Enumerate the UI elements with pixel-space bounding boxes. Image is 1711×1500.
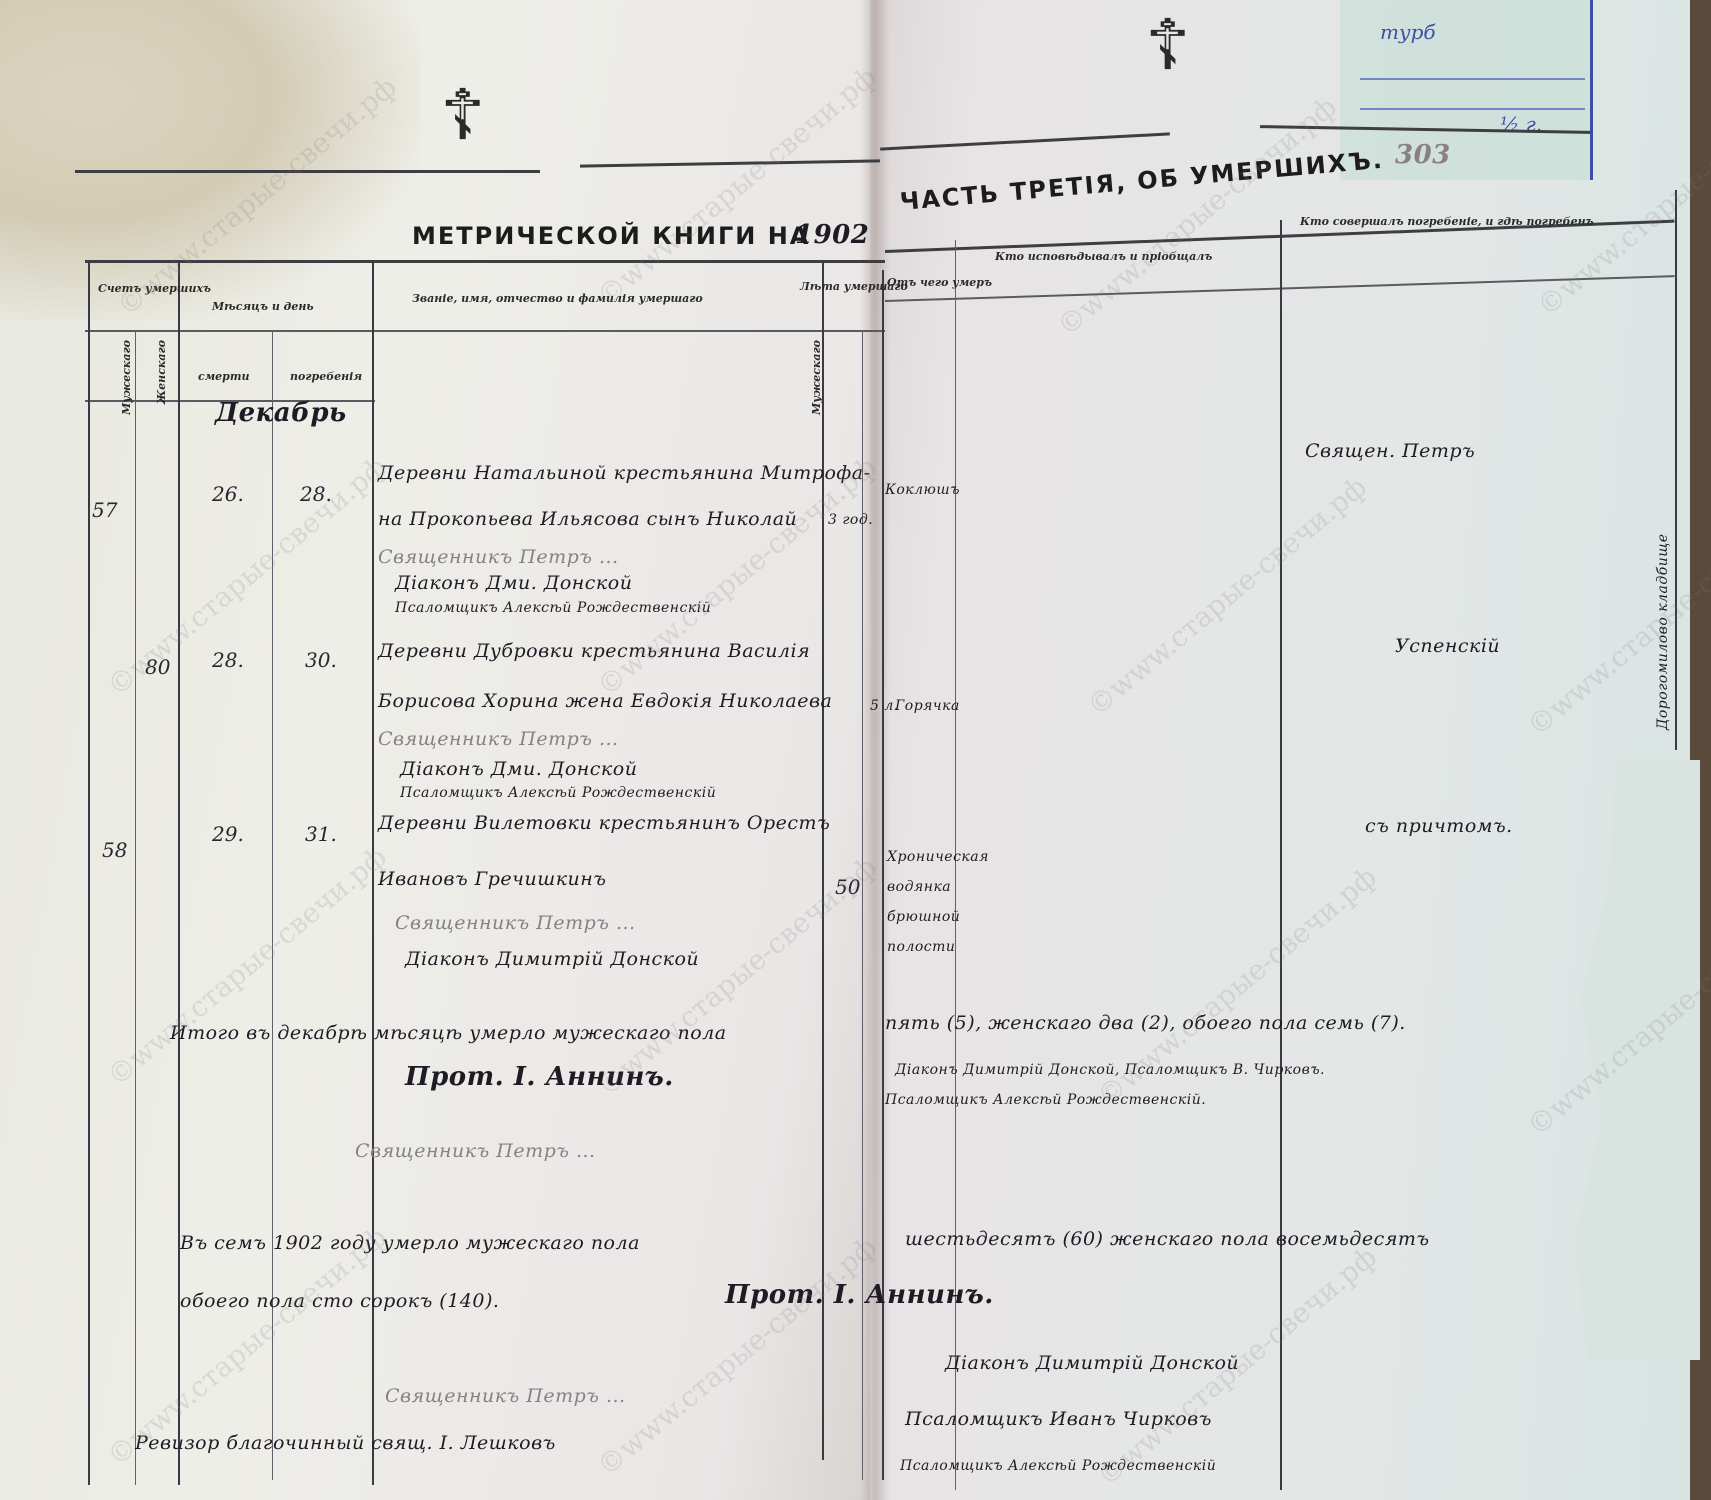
faded-priest-signature: Священникъ Петръ ... xyxy=(355,1140,596,1162)
col-header-buried: погребенія xyxy=(290,370,362,383)
col-header-died: смерти xyxy=(198,370,249,383)
deacon-line: Діаконъ Дми. Донской xyxy=(395,572,632,594)
cause-value: Коклюшъ xyxy=(885,482,960,498)
death-day: 28. xyxy=(212,648,244,672)
confessor-line: Священникъ Петръ ... xyxy=(378,728,619,750)
eagle-emblem-icon: ☦ xyxy=(440,80,485,150)
audit-note: Ревизор благочинный свящ. І. Лешковъ xyxy=(135,1432,556,1454)
column-rule xyxy=(1280,220,1282,1490)
deacon-signature: Діаконъ Димитрій Донской xyxy=(945,1352,1239,1374)
confessor-line: Священникъ Петръ ... xyxy=(395,912,636,934)
male-number: 57 xyxy=(92,498,117,522)
record-name-line: Деревни Дубровки крестьянина Василія xyxy=(378,640,810,662)
year-total-text: шестьдесятъ (60) женскаго пола восемьдес… xyxy=(905,1228,1430,1250)
page-number: 303 xyxy=(1395,140,1451,170)
col-header-female: Женскаго xyxy=(155,340,168,404)
confessor-line: Священникъ Петръ ... xyxy=(378,546,619,568)
stamp-rule xyxy=(1360,78,1585,80)
torn-paper-corner xyxy=(0,0,420,320)
deacon-line: Діаконъ Дми. Донской xyxy=(400,758,637,780)
male-number: 58 xyxy=(102,838,127,862)
burial-day: 30. xyxy=(305,648,337,672)
handwritten-year: 1902 xyxy=(795,220,869,250)
clergy-signatures: Псаломщикъ Алексѣй Рождественскій. xyxy=(885,1092,1206,1108)
record-name-line: Ивановъ Гречишкинъ xyxy=(378,868,606,890)
psalmist-line: Псаломщикъ Алексѣй Рождественскій xyxy=(395,600,711,616)
death-day: 26. xyxy=(212,482,244,506)
column-rule xyxy=(88,260,90,1485)
year-total-text: Въ семъ 1902 году умерло мужескаго пола xyxy=(180,1232,640,1254)
column-rule xyxy=(135,330,136,1485)
column-rule xyxy=(1675,190,1677,750)
eagle-emblem-icon: ☦ xyxy=(1145,10,1190,80)
book-heading-left: МЕТРИЧЕСКОЙ КНИГИ НА xyxy=(412,222,810,250)
psalmist-signature: Псаломщикъ Алексѣй Рождественскій xyxy=(900,1458,1216,1474)
col-header-male-age: Мужескаго xyxy=(810,340,823,415)
month-total-text: пять (5), женскаго два (2), обоего пола … xyxy=(885,1012,1406,1034)
record-name-line: на Прокопьева Ильясова сынъ Николай xyxy=(378,508,797,530)
psalmist-line: Псаломщикъ Алексѣй Рождественскій xyxy=(400,785,716,801)
stamp-text: турб xyxy=(1380,20,1436,44)
stamp-rule xyxy=(1360,108,1585,110)
vertical-side-note: Дорогомилово кладбище xyxy=(1655,330,1671,730)
record-name-line: Деревни Вилетовки крестьянинъ Орестъ xyxy=(378,812,830,834)
death-day: 29. xyxy=(212,822,244,846)
col-header-month-day: Мѣсяцъ и день xyxy=(212,300,314,313)
cause-value: Горячка xyxy=(895,698,960,714)
burial-day: 31. xyxy=(305,822,337,846)
month-label: Декабрь xyxy=(215,398,347,428)
col-header-status-name: Званіе, имя, отчество и фамилія умершаго xyxy=(412,292,703,305)
year-total-text: обоего пола сто сорокъ (140). xyxy=(180,1290,499,1312)
year-total-signature: Прот. І. Аннинъ. xyxy=(725,1280,994,1310)
cause-value: Хроническая водянка брюшной полости xyxy=(887,842,977,962)
deacon-line: Діаконъ Димитрій Донской xyxy=(405,948,699,970)
col-header-cause: Отъ чего умеръ xyxy=(887,276,992,289)
faded-priest-signature: Священникъ Петръ ... xyxy=(385,1385,626,1407)
record-name-line: Деревни Натальиной крестьянина Митрофа- xyxy=(378,462,871,484)
col-header-buried-by: Кто совершалъ погребеніе, и гдѣ погребен… xyxy=(1300,215,1594,228)
buried-by-note: Успенскій xyxy=(1395,635,1500,657)
col-header-male: Мужескаго xyxy=(120,340,133,415)
header-rule xyxy=(85,330,885,332)
buried-by-note: съ причтомъ. xyxy=(1365,815,1513,837)
buried-by-note: Священ. Петръ xyxy=(1305,440,1475,462)
